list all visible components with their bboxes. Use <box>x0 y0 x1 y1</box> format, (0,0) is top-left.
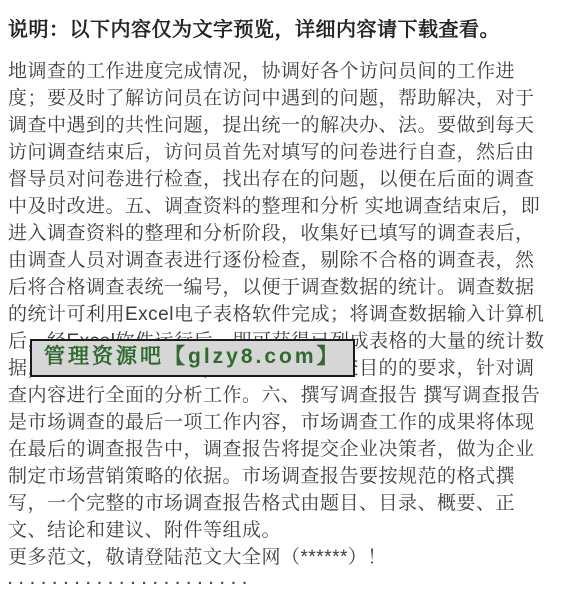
body-line: 在最后的调查报告中，调查报告将提交企业决策者，做为企业 <box>8 436 570 463</box>
body-line: 后将合格调查表统一编号，以便于调查数据的统计。调查数据 <box>8 274 570 301</box>
body-line: 由调查人员对调查表进行逐份检查，剔除不合格的调查表，然 <box>8 247 570 274</box>
body-line: 制定市场营销策略的依据。市场调查报告要按规范的格式撰 <box>8 463 570 490</box>
body-line: 中及时改进。五、调查资料的整理和分析 实地调查结束后，即 <box>8 193 570 220</box>
body-line: 访问调查结束后，访问员首先对填写的问卷进行自查，然后由 <box>8 139 570 166</box>
document-body: 地调查的工作进度完成情况，协调好各个访问员间的工作进度；要及时了解访问员在访问中… <box>8 58 570 544</box>
body-line: 进入调查资料的整理和分析阶段，收集好已填写的调查表后， <box>8 220 570 247</box>
preview-page: 说明：以下内容仅为文字预览，详细内容请下载查看。 地调查的工作进度完成情况，协调… <box>0 0 578 600</box>
body-line: 地调查的工作进度完成情况，协调好各个访问员间的工作进 <box>8 58 570 85</box>
body-line: 是市场调查的最后一项工作内容，市场调查工作的成果将体现 <box>8 409 570 436</box>
body-line: 度；要及时了解访问员在访问中遇到的问题，帮助解决，对于 <box>8 85 570 112</box>
preview-notice-title: 说明：以下内容仅为文字预览，详细内容请下载查看。 <box>8 13 570 42</box>
dots-row: ...................... <box>8 571 570 591</box>
body-line: 文、结论和建议、附件等组成。 <box>8 517 570 544</box>
footer-note: 更多范文，敬请登陆范文大全网（******）！ <box>8 544 570 571</box>
body-line: 写，一个完整的市场调查报告格式由题目、目录、概要、正 <box>8 490 570 517</box>
site-watermark-stamp: 管理资源吧【glzy8.com】 <box>30 339 355 377</box>
body-line: 查内容进行全面的分析工作。六、撰写调查报告 撰写调查报告 <box>8 382 570 409</box>
body-line: 调查中遇到的共性问题，提出统一的解决办、法。要做到每天 <box>8 112 570 139</box>
body-line: 的统计可利用Excel电子表格软件完成；将调查数据输入计算机 <box>8 301 570 328</box>
body-line: 督导员对问卷进行检查，找出存在的问题，以便在后面的调查 <box>8 166 570 193</box>
